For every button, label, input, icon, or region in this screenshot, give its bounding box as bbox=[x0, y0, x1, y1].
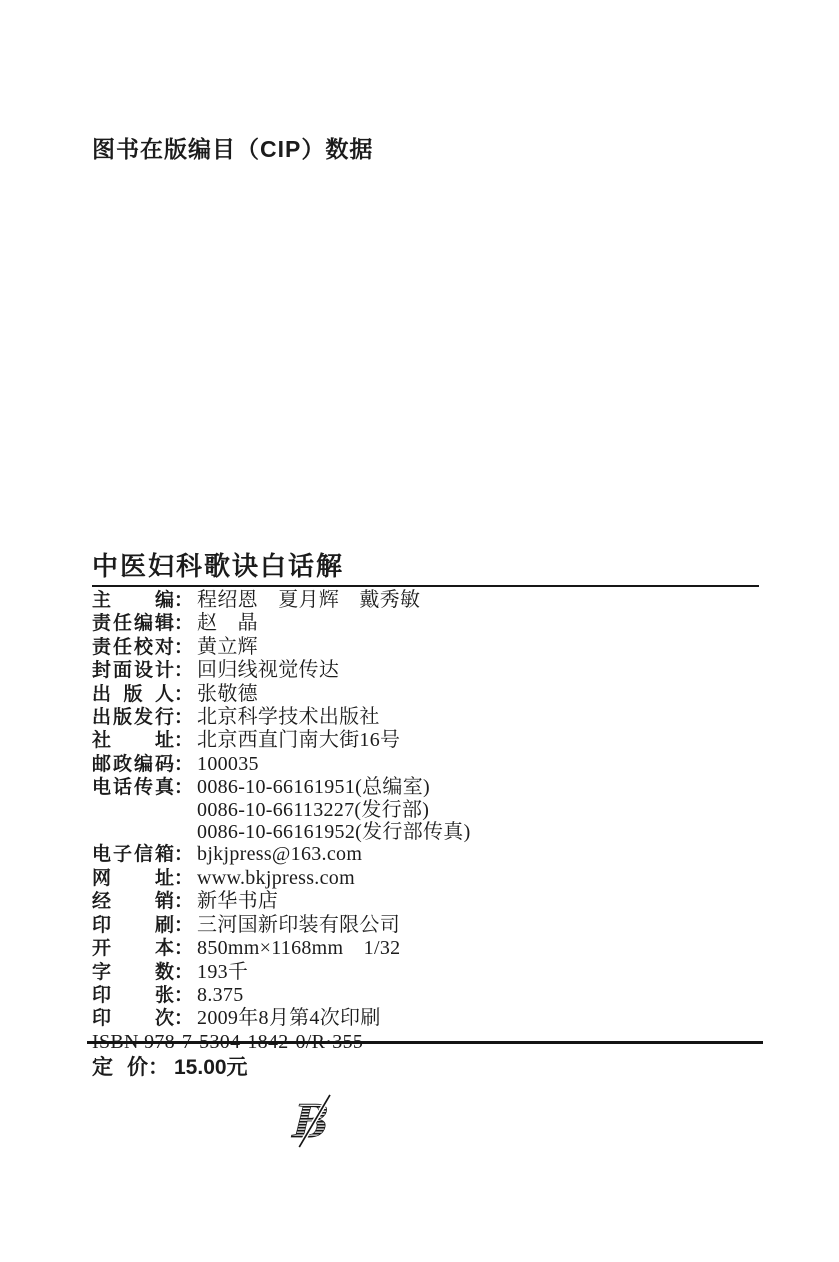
row-label: 责任编辑 bbox=[92, 613, 174, 635]
row-colon: ： bbox=[174, 660, 193, 682]
row-colon: ： bbox=[174, 613, 193, 635]
colophon-row: 责任编辑：赵 晶 bbox=[92, 612, 782, 635]
publisher-notice: B bbox=[288, 1088, 353, 1148]
row-label: 出版人 bbox=[92, 684, 174, 706]
price-value: 15.00元 bbox=[174, 1051, 248, 1081]
colophon-row: 邮政编码：100035 bbox=[92, 753, 782, 776]
row-colon: ： bbox=[174, 868, 193, 890]
row-label: 社址 bbox=[92, 730, 174, 752]
row-value: 2009年8月第4次印刷 bbox=[197, 1007, 381, 1029]
row-colon: ： bbox=[174, 707, 193, 729]
row-label: 印次 bbox=[92, 1008, 174, 1030]
colophon-row: 印刷：三河国新印装有限公司 bbox=[92, 914, 782, 937]
row-value: 193千 bbox=[197, 961, 248, 983]
price-row: 定价：15.00元 bbox=[92, 1051, 248, 1081]
row-label: 印张 bbox=[92, 985, 174, 1007]
colophon-row: 出版人：张敬德 bbox=[92, 683, 782, 706]
row-colon: ： bbox=[174, 844, 193, 866]
colophon-row: 责任校对：黄立辉 bbox=[92, 636, 782, 659]
row-value: 三河国新印装有限公司 bbox=[197, 914, 400, 936]
row-colon: ： bbox=[174, 684, 193, 706]
row-value: 100035 bbox=[197, 753, 259, 775]
colophon-rows: 主编：程绍恩 夏月辉 戴秀敏 责任编辑：赵 晶 责任校对：黄立辉 封面设计：回归… bbox=[92, 589, 782, 1031]
row-value: 张敬德 bbox=[197, 683, 258, 705]
colophon-row: 出版发行：北京科学技术出版社 bbox=[92, 706, 782, 729]
row-label: 责任校对 bbox=[92, 637, 174, 659]
row-value: 北京西直门南大街16号 bbox=[197, 729, 400, 751]
row-colon: ： bbox=[174, 1008, 193, 1030]
book-title: 中医妇科歌诀白话解 bbox=[92, 546, 344, 583]
colophon-row: 网址：www.bkjpress.com bbox=[92, 867, 782, 890]
colophon-row: 经销：新华书店 bbox=[92, 890, 782, 913]
row-label: 电话传真 bbox=[92, 777, 174, 799]
row-value: 黄立辉 bbox=[197, 636, 258, 658]
bkj-publisher-logo-icon: B bbox=[288, 1094, 344, 1148]
row-colon: ： bbox=[174, 938, 193, 960]
row-value: bjkjpress@163.com bbox=[197, 843, 362, 865]
colophon-row: 社址：北京西直门南大街16号 bbox=[92, 729, 782, 752]
cip-heading: 图书在版编目（CIP）数据 bbox=[92, 131, 373, 164]
colophon-row: 主编：程绍恩 夏月辉 戴秀敏 bbox=[92, 589, 782, 612]
colophon-row: 字数：193千 bbox=[92, 961, 782, 984]
row-colon: ： bbox=[174, 590, 193, 612]
row-label: 经销 bbox=[92, 891, 174, 913]
row-value: 赵 晶 bbox=[197, 612, 258, 634]
row-label: 主编 bbox=[92, 590, 174, 612]
row-value: 8.375 bbox=[197, 984, 244, 1006]
row-colon: ： bbox=[174, 891, 193, 913]
colophon-row: 印次：2009年8月第4次印刷 bbox=[92, 1007, 782, 1030]
row-label: 邮政编码 bbox=[92, 754, 174, 776]
row-colon: ： bbox=[174, 777, 193, 799]
row-value: 850mm×1168mm 1/32 bbox=[197, 937, 400, 959]
row-colon: ： bbox=[174, 915, 193, 937]
colophon-row: 封面设计：回归线视觉传达 bbox=[92, 659, 782, 682]
row-label: 封面设计 bbox=[92, 660, 174, 682]
row-value: 回归线视觉传达 bbox=[197, 659, 339, 681]
row-label: 印刷 bbox=[92, 915, 174, 937]
book-copyright-page: 图书在版编目（CIP）数据 中医妇科歌诀白话解 主编：程绍恩 夏月辉 戴秀敏 责… bbox=[0, 0, 839, 1262]
row-colon: ： bbox=[174, 730, 193, 752]
colophon-block: 主编：程绍恩 夏月辉 戴秀敏 责任编辑：赵 晶 责任校对：黄立辉 封面设计：回归… bbox=[92, 589, 782, 1053]
row-colon: ： bbox=[174, 962, 193, 984]
row-label: 电子信箱 bbox=[92, 844, 174, 866]
price-colon: ： bbox=[148, 1051, 169, 1081]
price-divider-rule bbox=[87, 1041, 763, 1044]
row-label: 开本 bbox=[92, 938, 174, 960]
row-colon: ： bbox=[174, 985, 193, 1007]
row-value: 新华书店 bbox=[197, 890, 278, 912]
row-label: 字数 bbox=[92, 962, 174, 984]
row-value: 0086-10-66161951(总编室) 0086-10-66113227(发… bbox=[197, 776, 471, 843]
row-label: 出版发行 bbox=[92, 707, 174, 729]
colophon-row: 电子信箱：bjkjpress@163.com bbox=[92, 843, 782, 866]
row-value: 北京科学技术出版社 bbox=[197, 706, 380, 728]
colophon-row: 电话传真：0086-10-66161951(总编室) 0086-10-66113… bbox=[92, 776, 782, 843]
row-value: 程绍恩 夏月辉 戴秀敏 bbox=[197, 589, 420, 611]
row-value: www.bkjpress.com bbox=[197, 867, 355, 889]
row-label: 网址 bbox=[92, 868, 174, 890]
colophon-row: 印张：8.375 bbox=[92, 984, 782, 1007]
colophon-row: 开本：850mm×1168mm 1/32 bbox=[92, 937, 782, 960]
row-colon: ： bbox=[174, 754, 193, 776]
row-colon: ： bbox=[174, 637, 193, 659]
title-underline-rule bbox=[92, 585, 759, 587]
price-label: 定价 bbox=[92, 1051, 148, 1081]
